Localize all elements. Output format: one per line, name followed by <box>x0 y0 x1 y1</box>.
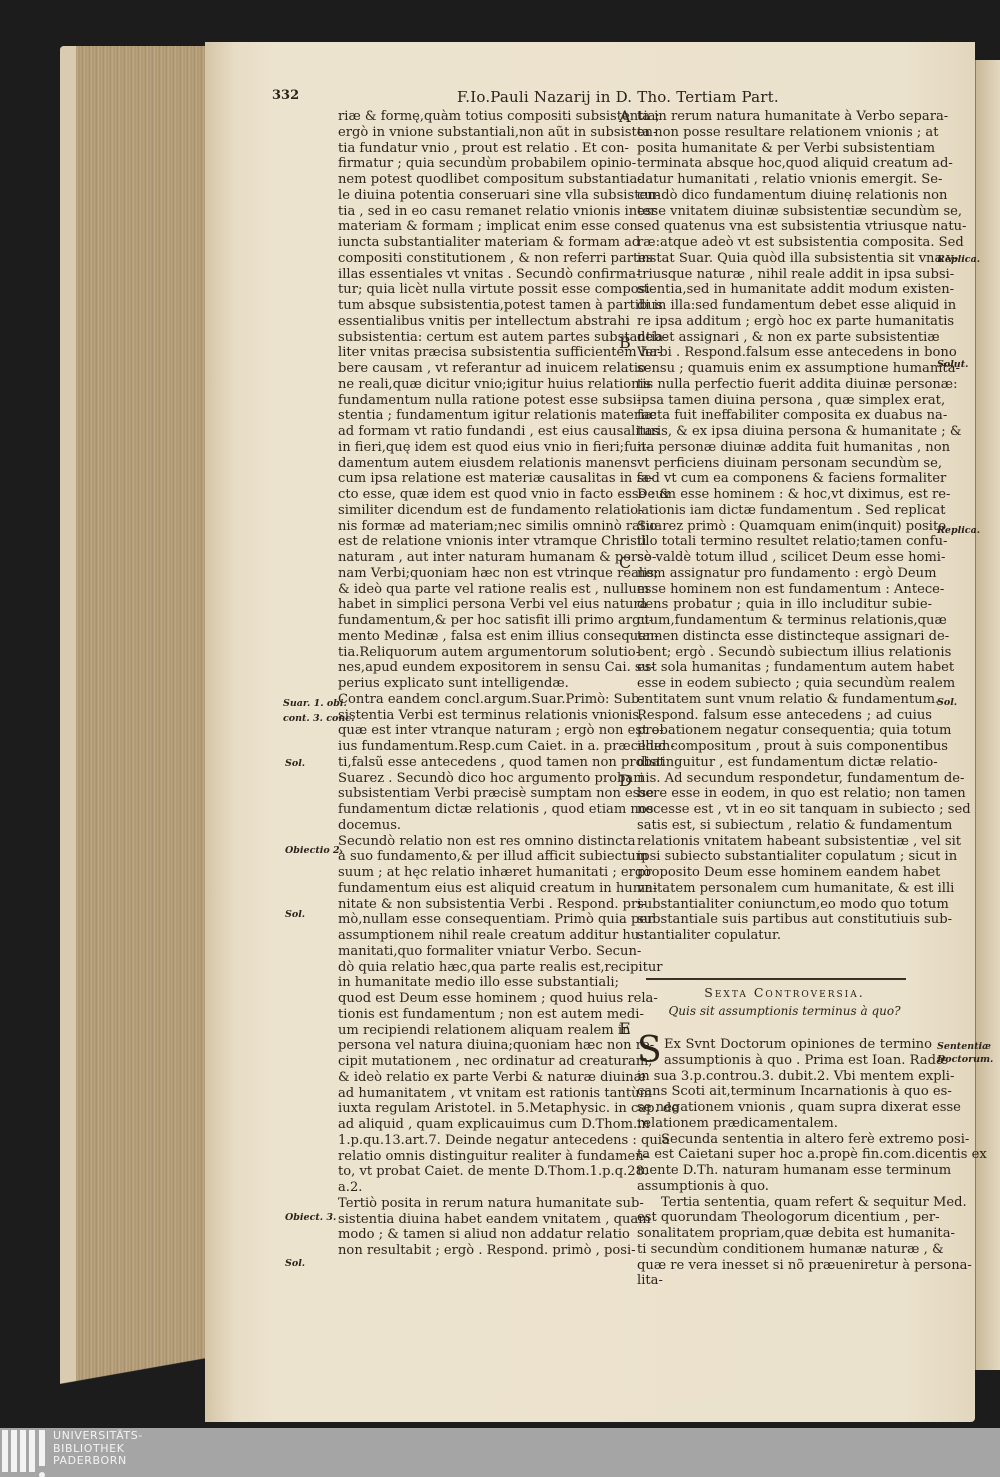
text-line: sistentia Verbi est terminus relationis … <box>338 708 618 724</box>
text-line: est quorundam Theologorum dicentium , pe… <box>637 1210 932 1226</box>
section-mark-d: D <box>619 771 632 790</box>
text-line: ius fundamentum.Resp.cum Caiet. in a. pr… <box>338 739 618 755</box>
text-line: Ex Svnt Doctorum opiniones de termino <box>664 1037 932 1053</box>
text-line: 1.p.qu.13.art.7. Deinde negatur antecede… <box>338 1133 618 1149</box>
library-name: UNIVERSITÄTS- BIBLIOTHEK PADERBORN <box>53 1430 143 1468</box>
text-line: re ipsa additum ; ergò hoc ex parte huma… <box>637 314 932 330</box>
text-line: fundamentum eius est aliquid creatum in … <box>338 881 618 897</box>
text-line: ta non posse resultare relationem vnioni… <box>637 125 932 141</box>
text-line: assumptionis à quo . Prima est Ioan. Rad… <box>664 1053 932 1069</box>
section-heading: Sexta Controversia. <box>637 985 932 1000</box>
text-line: quæ re vera inesset si nõ præueniretur à… <box>637 1258 932 1274</box>
text-line: essentialibus vnitis per intellectum abs… <box>338 314 618 330</box>
text-line: mento Medinæ , falsa est enim illius con… <box>338 629 618 645</box>
section-divider-rule <box>646 978 906 980</box>
text-line: cans Scoti ait,terminum Incarnationis à … <box>637 1084 932 1100</box>
text-line: tia , sed in eo casu remanet relatio vni… <box>338 204 618 220</box>
section-mark-e: E <box>619 1019 631 1038</box>
text-line: distinguitur , est fundamentum dictæ rel… <box>637 755 932 771</box>
text-line: est sola humanitas ; fundamentum autem h… <box>637 660 932 676</box>
text-line: relationis vnitatem habeant subsistentiæ… <box>637 834 932 850</box>
text-line: nis. Ad secundum respondetur, fundamentu… <box>637 771 932 787</box>
text-line: suum ; at hęc relatio inhæret humanitati… <box>338 865 618 881</box>
library-name-line-3: PADERBORN <box>53 1455 143 1468</box>
text-line: se negationem vnionis , quam supra dixer… <box>637 1100 932 1116</box>
text-line: Suarez primò : Quamquam enim(inquit) pos… <box>637 519 932 535</box>
text-line: posita humanitate & per Verbi subsistent… <box>637 141 932 157</box>
running-head-title: F.Io.Pauli Nazarij in D. Tho. Tertiam Pa… <box>457 88 779 106</box>
text-line: tia.Reliquorum autem argumentorum soluti… <box>338 645 618 661</box>
text-line: dò quia relatio hæc,qua parte realis est… <box>338 960 618 976</box>
text-line: in fieri,quę idem est quod eius vnio in … <box>338 440 618 456</box>
text-line: triusque naturæ , nihil reale addit in i… <box>637 267 932 283</box>
text-line: quæ est inter vtranque naturam ; ergò no… <box>338 723 618 739</box>
text-line: bere esse in eodem, in quo est relatio; … <box>637 786 932 802</box>
book-edge-shadow <box>60 1340 210 1410</box>
text-line: Secunda sententia in altero ferè extremo… <box>637 1132 932 1148</box>
margin-note-sol: Sol. <box>285 909 305 920</box>
text-line: relatio omnis distinguitur realiter à fu… <box>338 1149 618 1165</box>
text-line: nem potest quodlibet compositum substant… <box>338 172 618 188</box>
text-line: tia fundatur vnio , prout est relatio . … <box>338 141 618 157</box>
text-line: tamen distincta esse distincteque assign… <box>637 629 932 645</box>
text-line: nem assignatur pro fundamento : ergò Deu… <box>637 566 932 582</box>
margin-note-replica: Replica. <box>937 525 980 536</box>
text-line: terminata absque hoc,quod aliquid creatu… <box>637 156 932 172</box>
text-line: est de relatione vnionis inter vtramque … <box>338 534 618 550</box>
running-head: 332 F.Io.Pauli Nazarij in D. Tho. Tertia… <box>272 88 952 108</box>
text-line: facta fuit ineffabiliter composita ex du… <box>637 408 932 424</box>
text-line: fundamentum nulla ratione potest esse su… <box>338 393 618 409</box>
section-text: Ex Svnt Doctorum opiniones de terminoass… <box>664 1037 932 1289</box>
text-line: nes,apud eundem expositorem in sensu Cai… <box>338 660 618 676</box>
text-line: tis nulla perfectio fuerit addita diuinæ… <box>637 377 932 393</box>
text-line: persona vel natura diuina;quoniam hæc no… <box>338 1038 618 1054</box>
text-line: esse in eodem subiecto ; quia secundùm r… <box>637 676 932 692</box>
text-line: lationis iam dictæ fundamentum . Sed rep… <box>637 503 932 519</box>
text-line: substantiale suis partibus aut constitut… <box>637 912 932 928</box>
text-line: esse hominem non est fundamentum : Antec… <box>637 582 932 598</box>
text-line: ad humanitatem , vt vnitam est rationis … <box>338 1086 618 1102</box>
text-line: ad aliquid , quam explicauimus cum D.Tho… <box>338 1117 618 1133</box>
text-line: sè valdè totum illud , scilicet Deum ess… <box>637 550 932 566</box>
margin-note-cont-conc: cont. 3. conc. <box>283 713 354 724</box>
text-line: dens probatur ; quia in illo includitur … <box>637 597 932 613</box>
text-line: perius explicato sunt intelligendæ. <box>338 676 618 692</box>
text-line: ctum,fundamentum & terminus relationis,q… <box>637 613 932 629</box>
text-line: satis est, si subiectum , relatio & fund… <box>637 818 932 834</box>
text-line: liter vnitas præcisa subsistentia suffic… <box>338 345 618 361</box>
text-line: illo totali termino resultet relatio;tam… <box>637 534 932 550</box>
text-line: quod est Deum esse hominem ; quod huius … <box>338 991 618 1007</box>
section-mark-b: B <box>619 333 631 352</box>
text-line: Tertiò posita in rerum natura humanitate… <box>338 1196 618 1212</box>
text-line: esse vnitatem diuinæ subsistentiæ secund… <box>637 204 932 220</box>
text-line: nam Verbi;quoniam hæc non est vtrinque r… <box>338 566 618 582</box>
text-line: a.2. <box>338 1180 618 1196</box>
left-text-column: riæ & formę,quàm totius compositi subsis… <box>338 109 618 1259</box>
text-line: Respond. falsum esse antecedens ; ad cui… <box>637 708 932 724</box>
margin-note-sol: Sol. <box>285 1258 305 1269</box>
page-number: 332 <box>272 88 299 103</box>
text-line: damentum autem eiusdem relationis manens <box>338 456 618 472</box>
text-line: ti,falsũ esse antecedens , quod tamen no… <box>338 755 618 771</box>
text-line: Verbi . Respond.falsum esse antecedens i… <box>637 345 932 361</box>
text-line: lita- <box>637 1273 932 1289</box>
text-line: Suarez . Secundò dico hoc argumento prob… <box>338 771 618 787</box>
text-line: sed quatenus vna est subsistentia vtrius… <box>637 219 932 235</box>
text-line: entitatem sunt vnum relatio & fundamentu… <box>637 692 932 708</box>
text-line: assumptionem nihil reale creatum additur… <box>338 928 618 944</box>
text-line: di in illa:sed fundamentum debet esse al… <box>637 298 932 314</box>
text-line: stentia,sed in humanitate addit modum ex… <box>637 282 932 298</box>
text-line: tur; quia licèt nulla virtute possit ess… <box>338 282 618 298</box>
text-line: bere causam , vt referantur ad inuicem r… <box>338 361 618 377</box>
text-line: proposito Deum esse hominem eandem habet <box>637 865 932 881</box>
text-line: stentia ; fundamentum igitur relationis … <box>338 408 618 424</box>
margin-note-sol: Sol. <box>937 697 957 708</box>
text-line: sensu ; quamuis enim ex assumptione huma… <box>637 361 932 377</box>
text-line: habet in simplici persona Verbi vel eius… <box>338 597 618 613</box>
margin-note-sententiae: Sententiæ <box>937 1041 991 1052</box>
text-line: Contra eandem concl.argum.Suar.Primò: Su… <box>338 692 618 708</box>
library-logo-icon <box>2 1430 46 1475</box>
text-line: iuxta regulam Aristotel. in 5.Metaphysic… <box>338 1101 618 1117</box>
text-line: sed vt cum ea componens & faciens formal… <box>637 471 932 487</box>
section-mark-a: A <box>619 107 631 126</box>
text-line: vt perficiens diuinam personam secundùm … <box>637 456 932 472</box>
text-line: ipsa tamen diuina persona , quæ simplex … <box>637 393 932 409</box>
text-line: ta in rerum natura humanitate à Verbo se… <box>637 109 932 125</box>
text-line: ita personæ diuinæ addita fuit humanitas… <box>637 440 932 456</box>
text-line: ta est Caietani super hoc a.propè fin.co… <box>637 1147 932 1163</box>
library-footer-bar: UNIVERSITÄTS- BIBLIOTHEK PADERBORN <box>0 1428 1000 1477</box>
text-line: tum absque subsistentia,potest tamen à p… <box>338 298 618 314</box>
text-line: sistentia diuina habet eandem vnitatem ,… <box>338 1212 618 1228</box>
margin-note-obiect-3: Obiect. 3. <box>285 1212 336 1223</box>
text-line: manitati,quo formaliter vniatur Verbo. S… <box>338 944 618 960</box>
text-line: cto esse, quæ idem est quod vnio in fact… <box>338 487 618 503</box>
text-line: vnitatem personalem cum humanitate, & es… <box>637 881 932 897</box>
text-line: fundamentum,& per hoc satisfit illi prim… <box>338 613 618 629</box>
text-line: le diuina potentia conseruari sine vlla … <box>338 188 618 204</box>
section-question: Quis sit assumptionis terminus à quo? <box>637 1004 932 1018</box>
text-line: to, vt probat Caiet. de mente D.Thom.1.p… <box>338 1164 618 1180</box>
text-line: iuncta substantialiter materiam & formam… <box>338 235 618 251</box>
text-line: docemus. <box>338 818 618 834</box>
text-line: necesse est , vt in eo sit tanquam in su… <box>637 802 932 818</box>
text-line: nitate & non subsistentia Verbi . Respon… <box>338 897 618 913</box>
text-line: um recipiendi relationem aliquam realem … <box>338 1023 618 1039</box>
right-text-column: ta in rerum natura humanitate à Verbo se… <box>637 109 932 944</box>
text-line: Deum esse hominem : & hoc,vt diximus, es… <box>637 487 932 503</box>
text-line: bent; ergò . Secundò subiectum illius re… <box>637 645 932 661</box>
text-line: ti secundùm conditionem humanæ naturæ , … <box>637 1242 932 1258</box>
library-name-line-1: UNIVERSITÄTS- <box>53 1430 143 1443</box>
text-line: naturam , aut inter naturam humanam & pe… <box>338 550 618 566</box>
margin-note-replica: Replica. <box>937 254 980 265</box>
text-line: similiter dicendum est de fundamento rel… <box>338 503 618 519</box>
text-line: illas essentiales vt vnitas . Secundò co… <box>338 267 618 283</box>
text-line: riæ & formę,quàm totius compositi subsis… <box>338 109 618 125</box>
book-page-edges <box>60 46 210 1406</box>
text-line: probationem negatur consequentia; quia t… <box>637 723 932 739</box>
text-line: & ideò relatio ex parte Verbi & naturæ d… <box>338 1070 618 1086</box>
text-line: ipsi subiecto substantialiter copulatum … <box>637 849 932 865</box>
margin-note-obiectio-2: Obiectio 2. <box>285 845 343 856</box>
text-line: subsistentia: certum est autem partes su… <box>338 330 618 346</box>
text-line: cundò dico fundamentum diuinę relationis… <box>637 188 932 204</box>
text-line: turis, & ex ipsa diuina persona & humani… <box>637 424 932 440</box>
margin-note-sol: Sol. <box>285 758 305 769</box>
text-line: cum ipsa relatione est materiæ causalita… <box>338 471 618 487</box>
text-line: Tertia sententia, quam refert & sequitur… <box>637 1195 932 1211</box>
text-line: illud compositum , prout à suis componen… <box>637 739 932 755</box>
text-line: & ideò qua parte vel ratione realis est … <box>338 582 618 598</box>
margin-note-solut: Solut. <box>937 359 968 370</box>
text-line: ad formam vt ratio fundandi , est eius c… <box>338 424 618 440</box>
text-line: mente D.Th. naturam humanam esse terminu… <box>637 1163 932 1179</box>
text-line: substantialiter coniunctum,eo modo quo t… <box>637 897 932 913</box>
text-line: nis formæ ad materiam;nec similis omninò… <box>338 519 618 535</box>
text-line: instat Suar. Quia quòd illa subsistentia… <box>637 251 932 267</box>
text-line: Secundò relatio non est res omnino disti… <box>338 834 618 850</box>
margin-note-suar-obi: Suar. 1. obi. <box>283 698 347 709</box>
text-line: ræ:atque adeò vt est subsistentia compos… <box>637 235 932 251</box>
text-line: ergò in vnione substantiali,non aũt in s… <box>338 125 618 141</box>
text-line: relationem prædicamentalem. <box>637 1116 932 1132</box>
text-line: in humanitate medio illo esse substantia… <box>338 975 618 991</box>
text-line: à suo fundamento,& per illud afficit sub… <box>338 849 618 865</box>
text-line: sonalitatem propriam,quæ debita est huma… <box>637 1226 932 1242</box>
text-line: materiam & formam ; implicat enim esse c… <box>338 219 618 235</box>
text-line: in sua 3.p.controu.3. dubit.2. Vbi mente… <box>637 1069 932 1085</box>
text-line: fundamentum dictæ relationis , quod etia… <box>338 802 618 818</box>
text-line: non resultabit ; ergò . Respond. primò ,… <box>338 1243 618 1259</box>
text-line: ne reali,quæ dicitur vnio;igitur huius r… <box>338 377 618 393</box>
text-line: compositi constitutionem , & non referri… <box>338 251 618 267</box>
text-line: modo ; & tamen si aliud non addatur rela… <box>338 1227 618 1243</box>
text-line: mò,nullam esse consequentiam. Primò quia… <box>338 912 618 928</box>
text-line: stantialiter copulatur. <box>637 928 932 944</box>
text-line: firmatur ; quia secundùm probabilem opin… <box>338 156 618 172</box>
text-line: tionis est fundamentum ; non est autem m… <box>338 1007 618 1023</box>
text-line: datur humanitati , relatio vnionis emerg… <box>637 172 932 188</box>
text-line: subsistentiam Verbi præcisè sumptam non … <box>338 786 618 802</box>
text-line: debet assignari , & non ex parte subsist… <box>637 330 932 346</box>
drop-capital: S <box>637 1034 662 1068</box>
text-line: assumptionis à quo. <box>637 1179 932 1195</box>
text-line: cipit mutationem , nec ordinatur ad crea… <box>338 1054 618 1070</box>
section-mark-c: C <box>619 553 631 572</box>
